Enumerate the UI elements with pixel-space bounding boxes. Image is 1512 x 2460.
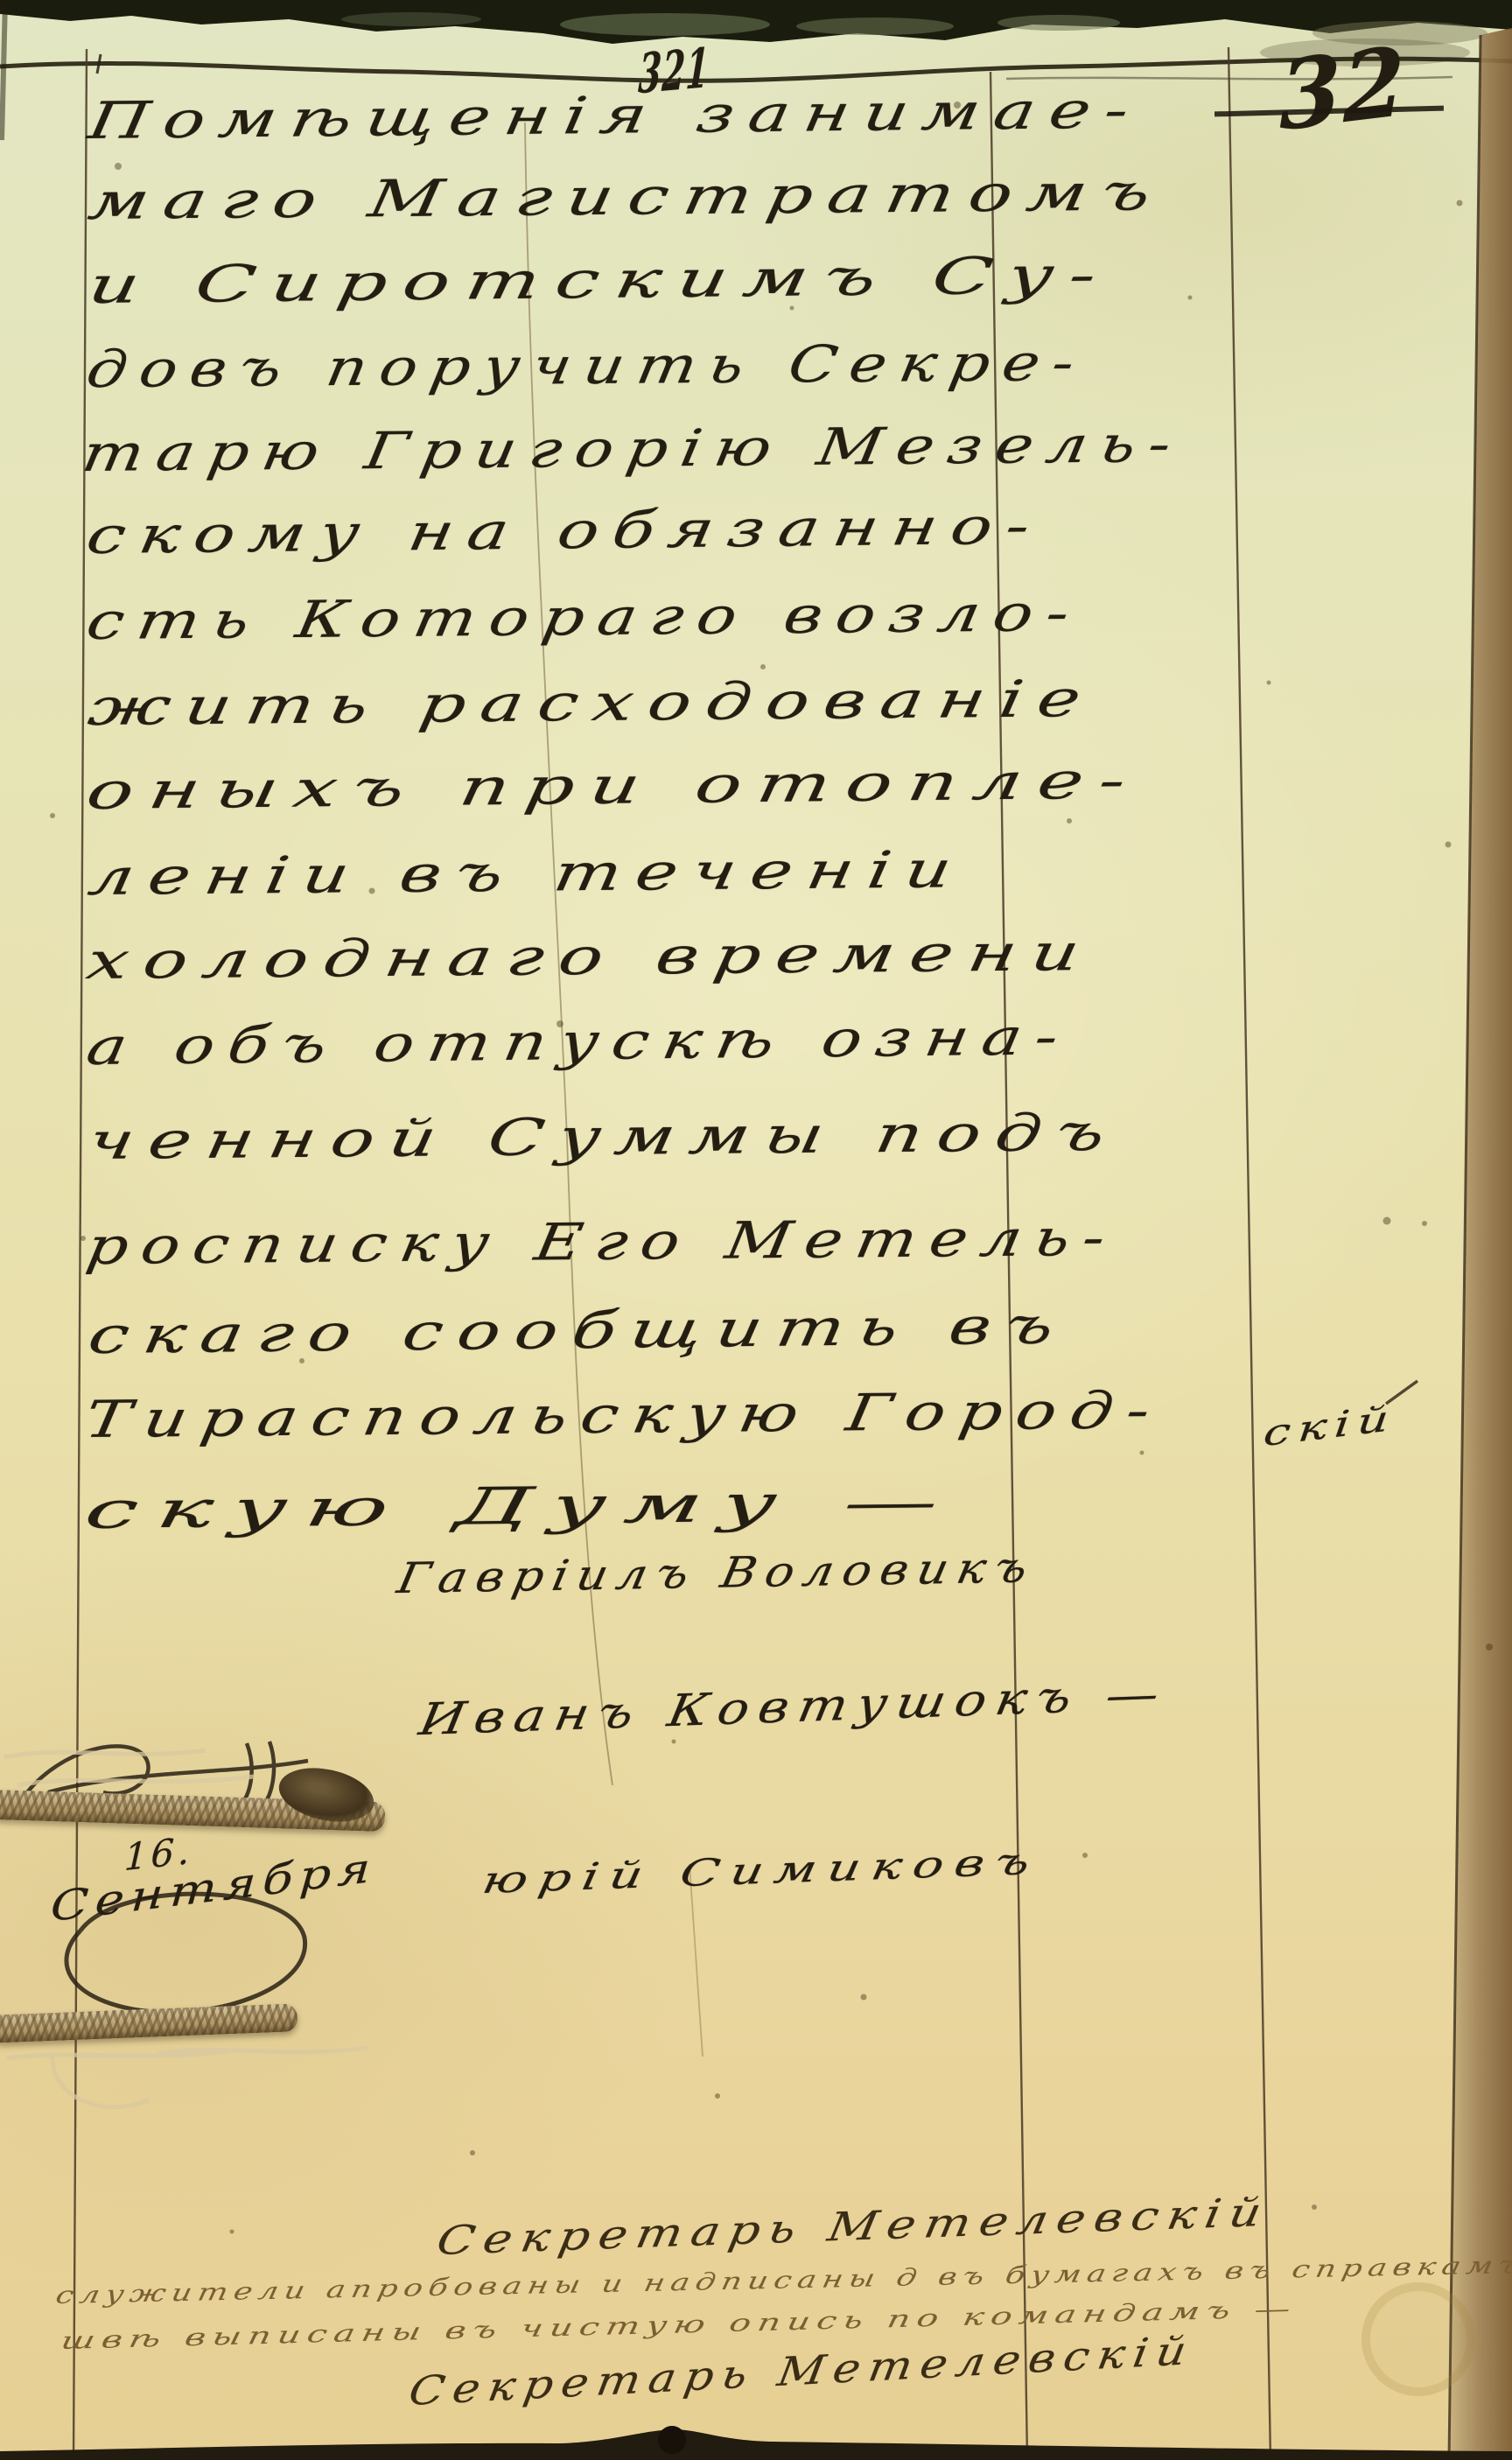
struck-folio-number: 32	[1278, 26, 1408, 153]
left-paper-edge	[2, 0, 5, 140]
body-line: сть Котораго возло-	[82, 583, 1087, 651]
body-line: скую Думу —	[80, 1472, 962, 1541]
body-line: довъ поручить Секре-	[82, 333, 1091, 399]
body-line: и Сиротскимъ Су-	[84, 245, 1116, 315]
ruled-line-right	[1228, 47, 1270, 2460]
body-line: холоднаго времени	[82, 922, 1099, 991]
body-line: оныхъ при отопле-	[82, 750, 1145, 821]
body-line: леніи въ теченіи	[84, 839, 970, 907]
body-line: ченной Суммы подъ	[84, 1103, 1124, 1171]
body-line: скому на обязанно-	[82, 495, 1048, 565]
body-line: маго Магистратомъ	[84, 162, 1170, 231]
body-line: жить расходованіе	[84, 669, 1100, 737]
body-line: Помѣщенія занимае-	[84, 80, 1147, 151]
body-line: Тираспольскую Город-	[80, 1380, 1168, 1449]
body-line: росписку Его Метель-	[82, 1208, 1123, 1276]
document-page: 321 32 Помѣщенія занимае- маго Магистрат…	[0, 0, 1512, 2460]
body-line: скаго сообщить въ	[84, 1295, 1073, 1365]
page-bottom-shadow	[0, 2426, 1512, 2460]
body-line: тарю Григорію Мезель-	[78, 414, 1188, 483]
ring-stain	[1361, 2282, 1475, 2396]
crease-line	[525, 123, 703, 2057]
page-right-edge	[1449, 28, 1512, 2460]
body-line: а объ отпускѣ озна-	[82, 1006, 1076, 1076]
